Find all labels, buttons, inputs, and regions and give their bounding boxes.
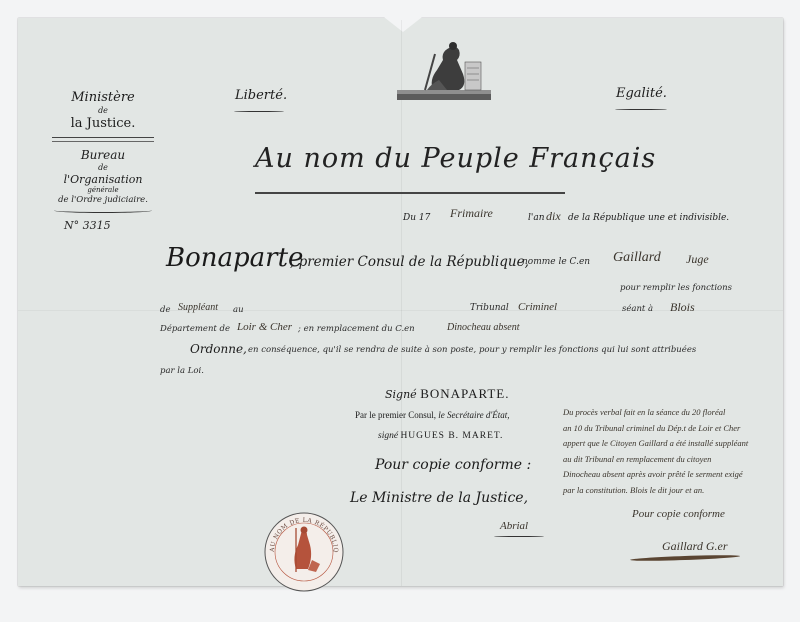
ministry-divider: [52, 137, 154, 142]
date-prefix: Du 17: [403, 213, 430, 223]
line3-tribunal: Tribunal: [470, 303, 509, 313]
annotation-line: au dit Tribunal en remplacement du citoy…: [563, 452, 783, 468]
bureau-line3: l'Organisation: [48, 173, 158, 187]
consul-title: , premier Consul de la République,: [290, 254, 529, 270]
bureau-swash: [54, 208, 152, 213]
line3-de: de: [160, 305, 170, 315]
maret-line: Par le premier Consul, le Secrétaire d'É…: [355, 410, 510, 420]
ministry-line3: la Justice.: [48, 116, 158, 132]
signe-bonaparte: Signé BONAPARTE.: [385, 386, 510, 402]
ministry-line2: de: [48, 106, 158, 116]
ministry-line1: Ministère: [48, 90, 158, 106]
bureau-line1: Bureau: [48, 148, 158, 163]
bureau-line2: de: [48, 163, 158, 173]
line3-role: Suppléant: [178, 302, 218, 313]
annotation-line: Dinocheau absent après avoir prêté le se…: [563, 467, 783, 483]
ordonne-label: Ordonne,: [190, 342, 247, 356]
bureau-line5: de l'Ordre judiciaire.: [48, 195, 158, 206]
signe-prefix: Signé: [385, 388, 417, 401]
copie-conforme: Pour copie conforme :: [375, 457, 531, 473]
line3-seant: séant à: [622, 304, 653, 314]
liberte-swash: [234, 111, 284, 112]
line3-place: Blois: [670, 300, 695, 315]
date-suffix: de la République une et indivisible.: [568, 213, 729, 223]
line3-type: Criminel: [518, 301, 557, 313]
ordonne-end: par la Loi.: [160, 366, 204, 376]
annotation-line: Du procès verbal fait en la séance du 20…: [563, 405, 783, 421]
nomme-label: nomme le C.en: [522, 257, 590, 267]
date-month: Frimaire: [450, 206, 493, 221]
appointee-role: Juge: [686, 252, 709, 267]
maret-signed: signé HUGUES B. MARET.: [378, 431, 503, 441]
republic-seal-icon: AU NOM DE LA RÉPUBLIQUE FRANÇAISE: [262, 510, 346, 594]
maret-par: Par le premier Consul,: [355, 410, 436, 420]
appointee-name: Gaillard: [613, 250, 661, 266]
annotation-copie: Pour copie conforme: [632, 508, 725, 520]
annotation-block: Du procès verbal fait en la séance du 20…: [563, 405, 783, 498]
line4-dept: Département de: [160, 324, 230, 334]
line4-rest: ; en remplacement du C.en: [298, 324, 415, 334]
ministre-title: Le Ministre de la Justice,: [350, 490, 528, 506]
maret-name: HUGUES B. MARET.: [400, 431, 503, 441]
egalite-label: Egalité.: [616, 86, 667, 101]
maret-signed-prefix: signé: [378, 431, 398, 441]
ordonne-text: en conséquence, qu'il se rendra de suite…: [248, 345, 768, 355]
annotation-signature: Gaillard G.er: [662, 539, 728, 554]
line2-text: pour remplir les fonctions: [620, 283, 732, 293]
egalite-swash: [615, 109, 667, 110]
date-year: dix: [546, 209, 561, 224]
date-year-prefix: l'an: [528, 213, 545, 223]
annotation-line: an 10 du Tribunal criminel du Dép.t de L…: [563, 421, 783, 437]
bonaparte-name: Bonaparte: [166, 243, 303, 273]
document-number: N° 3315: [48, 219, 158, 233]
liberte-label: Liberté.: [235, 88, 287, 103]
ministre-signature-flourish: [494, 536, 544, 537]
signe-name: BONAPARTE.: [420, 386, 509, 401]
bureau-line4: générale: [48, 186, 158, 195]
line4-name: Dinocheau absent: [447, 322, 520, 333]
title-rule: [255, 192, 565, 194]
line4-dept-name: Loir & Cher: [237, 321, 292, 333]
ministre-signature: Abrial: [500, 520, 528, 532]
line3-au: au: [233, 305, 244, 315]
liberty-engraving-icon: [395, 38, 493, 104]
left-column: Ministère de la Justice. Bureau de l'Org…: [48, 90, 158, 232]
document-title: Au nom du Peuple Français: [255, 143, 656, 174]
annotation-line: appert que le Citoyen Gaillard a été ins…: [563, 436, 783, 452]
paper-notch: [380, 14, 426, 32]
fold-line-horizontal: [18, 310, 783, 311]
annotation-line: par la constitution. Blois le dit jour e…: [563, 483, 783, 499]
maret-title: le Secrétaire d'État,: [438, 410, 509, 420]
